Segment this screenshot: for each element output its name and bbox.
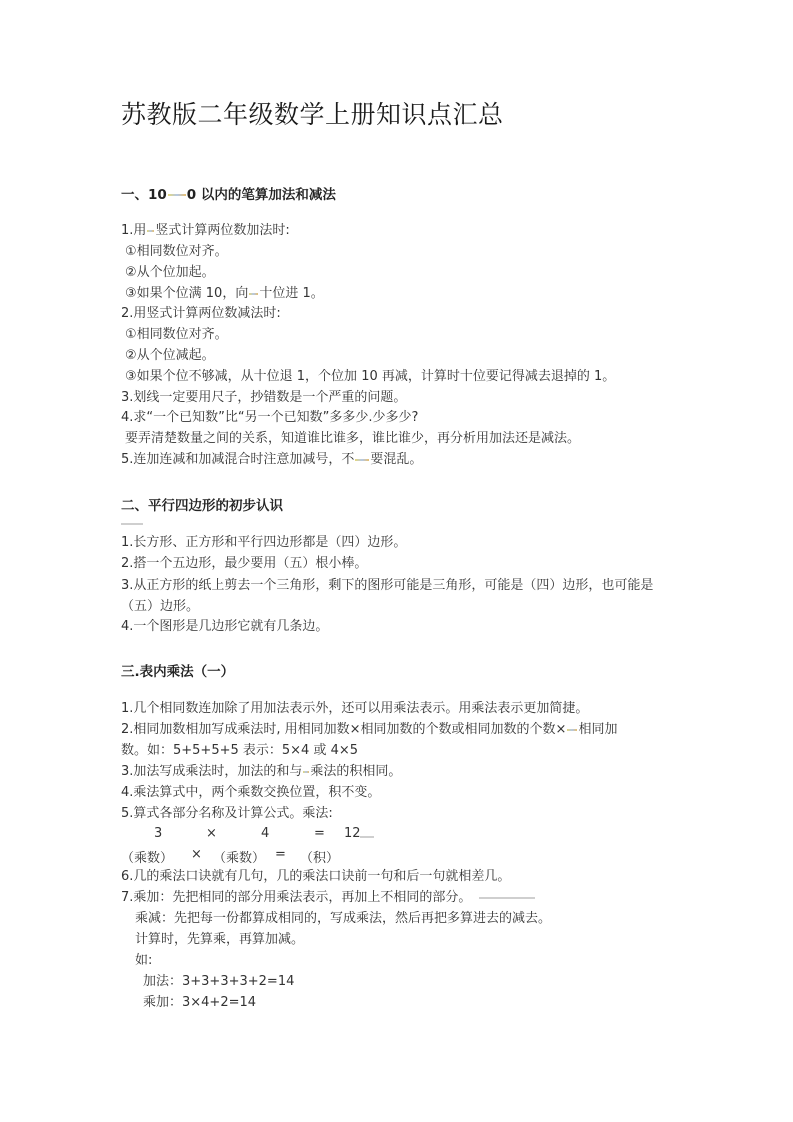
section-heading-2: 二、平行四边形的初步认识 xyxy=(121,494,283,514)
list-item: ②从个位加起。 xyxy=(125,263,215,283)
scan-artifact xyxy=(249,293,258,295)
section-heading-1: 一、100 以内的笔算加法和减法 xyxy=(121,183,336,203)
list-item: 4.乘法算式中，两个乘数交换位置，积不变。 xyxy=(121,783,380,803)
list-item: 1.用竖式计算两位数加法时: xyxy=(121,221,290,241)
list-item: ③如果个位满 10，向十位进 1。 xyxy=(125,284,324,304)
list-item: 3.从正方形的纸上剪去一个三角形，剩下的图形可能是三角形，可能是（四）边形，也可… xyxy=(121,575,681,617)
list-item: 2.相同加数相加写成乘法时, 用相同加数×相同加数的个数或相同加数的个数×相同加 xyxy=(121,720,617,740)
list-item: 4.求“一个已知数”比“另一个已知数”多多少.少多少? xyxy=(121,408,418,428)
document-title: 苏教版二年级数学上册知识点汇总 xyxy=(121,95,504,131)
list-item: 计算时，先算乘，再算加减。 xyxy=(135,930,304,950)
list-item: 5.连加连减和加减混合时注意加减号，不要混乱。 xyxy=(121,450,422,470)
list-item: 1.长方形、正方形和平行四边形都是（四）边形。 xyxy=(121,533,406,553)
list-item: 乘减：先把每一份都算成相同的，写成乘法，然后再把多算进去的减去。 xyxy=(135,909,551,929)
section-heading-3: 三.表内乘法（一） xyxy=(121,660,234,680)
scan-artifact xyxy=(147,230,154,232)
list-item: 3.划线一定要用尺子，抄错数是一个严重的问题。 xyxy=(121,388,406,408)
list-item: ①相同数位对齐。 xyxy=(125,242,228,262)
watermark-scribble xyxy=(121,514,143,534)
list-item: 乘加：3×4+2=14 xyxy=(143,993,256,1013)
list-item: ③如果个位不够减，从十位退 1，个位加 10 再减，计算时十位要记得减去退掉的 … xyxy=(125,367,615,387)
list-item: 加法：3+3+3+3+2=14 xyxy=(143,972,294,992)
watermark-scribble xyxy=(360,836,374,838)
scan-artifact xyxy=(567,729,577,731)
list-item: 如: xyxy=(135,951,152,971)
watermark-scribble xyxy=(479,897,535,899)
list-item: 6.几的乘法口诀就有几句，几的乘法口诀前一句和后一句就相差几。 xyxy=(121,867,510,887)
list-item: 数。如：5+5+5+5 表示：5×4 或 4×5 xyxy=(121,741,358,761)
list-item: 4.一个图形是几边形它就有几条边。 xyxy=(121,617,328,637)
list-item: ②从个位减起。 xyxy=(125,346,215,366)
list-item: 要弄清楚数量之间的关系，知道谁比谁多，谁比谁少，再分析用加法还是减法。 xyxy=(125,429,580,449)
list-item: 3.加法写成乘法时，加法的和与乘法的积相同。 xyxy=(121,762,401,782)
list-item: ①相同数位对齐。 xyxy=(125,325,228,345)
list-item: 1.几个相同数连加除了用加法表示外，还可以用乘法表示。用乘法表示更加简捷。 xyxy=(121,699,588,719)
list-item: 5.算式各部分名称及计算公式。乘法: xyxy=(121,804,333,824)
scan-artifact xyxy=(168,194,186,196)
scan-artifact xyxy=(355,459,369,461)
list-item: 2.搭一个五边形，最少要用（五）根小棒。 xyxy=(121,554,367,574)
list-item: 2.用竖式计算两位数减法时: xyxy=(121,304,281,324)
list-item: 7.乘加：先把相同的部分用乘法表示，再加上不相同的部分。 xyxy=(121,888,535,908)
scan-artifact xyxy=(303,771,309,773)
